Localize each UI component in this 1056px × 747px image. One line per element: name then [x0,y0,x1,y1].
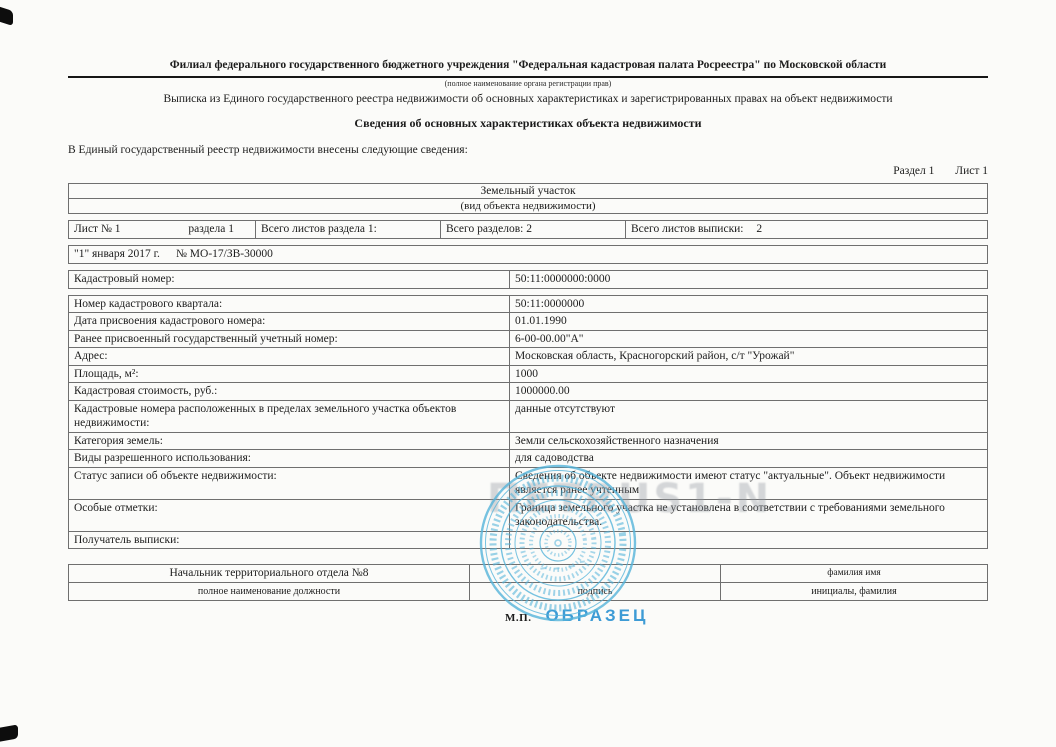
seal-place-label: М.П. [505,612,531,624]
row-label: Кадастровая стоимость, руб.: [69,383,510,401]
org-name-caption: (полное наименование органа регистрации … [68,79,988,88]
row-value [510,531,988,549]
document-subtitle: Сведения об основных характеристиках объ… [68,116,988,131]
table-row: Кадастровая стоимость, руб.: 1000000.00 [69,383,988,401]
object-type-box: Земельный участок (вид объекта недвижимо… [68,183,988,214]
document-title: Выписка из Единого государственного реес… [68,93,988,105]
total-sheets-section-cell: Всего листов раздела 1: [256,220,441,238]
table-row: Адрес: Московская область, Красногорский… [69,348,988,366]
scan-artifact-bottom-left [0,724,18,741]
row-label: Номер кадастрового квартала: [69,295,510,313]
total-sections-cell: Всего разделов: 2 [441,220,626,238]
row-value: данные отсутствуют [510,400,988,432]
name-value: фамилия имя [721,565,988,583]
cadastral-number-label: Кадастровый номер: [69,270,510,288]
sheet-info-box: Лист № 1 раздела 1 Всего листов раздела … [68,220,988,239]
row-label: Статус записи об объекте недвижимости: [69,467,510,499]
row-value: Сведения об объекте недвижимости имеют с… [510,467,988,499]
seal-line: М.П. ОБРАЗЕЦ [505,606,988,626]
table-row: Виды разрешенного использования: для сад… [69,450,988,468]
row-value: Московская область, Красногорский район,… [510,348,988,366]
sheet-no-cell: Лист № 1 раздела 1 [69,220,256,238]
row-value: Граница земельного участка не установлен… [510,499,988,531]
cadastral-number-box: Кадастровый номер: 50:11:0000000:0000 [68,270,988,289]
document-page: Филиал федерального государственного бюд… [0,0,1056,747]
signature-space [470,565,721,583]
row-label: Особые отметки: [69,499,510,531]
row-label: Дата присвоения кадастрового номера: [69,313,510,331]
row-label: Категория земель: [69,432,510,450]
row-value: 1000000.00 [510,383,988,401]
table-row: Номер кадастрового квартала: 50:11:00000… [69,295,988,313]
row-label: Кадастровые номера расположенных в преде… [69,400,510,432]
of-section: раздела 1 [188,221,234,238]
position-value: Начальник территориального отдела №8 [69,565,470,583]
signature-row-top: Начальник территориального отдела №8 фам… [69,565,988,583]
details-table: Номер кадастрового квартала: 50:11:00000… [68,295,988,550]
table-row: Площадь, м²: 1000 [69,365,988,383]
table-row: Дата присвоения кадастрового номера: 01.… [69,313,988,331]
signature-row-captions: полное наименование должности подпись ин… [69,583,988,601]
total-sheets-value: 2 [756,223,762,235]
extract-date: "1" января 2017 г. [74,246,160,263]
table-row: Ранее присвоенный государственный учетны… [69,330,988,348]
row-label: Площадь, м²: [69,365,510,383]
extract-number: № МО-17/ЗВ-30000 [176,246,273,263]
table-row: Статус записи об объекте недвижимости: С… [69,467,988,499]
sheet-no: Лист № 1 [74,221,121,238]
total-sheets-label: Всего листов выписки: [631,223,744,235]
table-row: Особые отметки: Граница земельного участ… [69,499,988,531]
row-value: Земли сельскохозяйственного назначения [510,432,988,450]
document-sheet: Филиал федерального государственного бюд… [68,58,988,626]
table-row: Категория земель: Земли сельскохозяйстве… [69,432,988,450]
section-label: Раздел 1 [893,165,934,177]
object-type-value: Земельный участок [69,183,988,198]
date-number-box: "1" января 2017 г. № МО-17/ЗВ-30000 [68,245,988,264]
org-name-heading: Филиал федерального государственного бюд… [68,58,988,78]
row-label: Виды разрешенного использования: [69,450,510,468]
signature-caption: подпись [470,583,721,601]
object-type-caption: (вид объекта недвижимости) [69,198,988,213]
name-caption: инициалы, фамилия [721,583,988,601]
row-label: Получатель выписки: [69,531,510,549]
table-row: Кадастровые номера расположенных в преде… [69,400,988,432]
cadastral-number-value: 50:11:0000000:0000 [510,270,988,288]
sample-stamp-text: ОБРАЗЕЦ [545,606,648,626]
signature-block: Начальник территориального отдела №8 фам… [68,564,988,601]
row-value: 6-00-00.00"А" [510,330,988,348]
row-value: для садоводства [510,450,988,468]
sheet-label: Лист 1 [955,165,988,177]
row-label: Адрес: [69,348,510,366]
date-number-cell: "1" января 2017 г. № МО-17/ЗВ-30000 [69,245,988,263]
row-value: 1000 [510,365,988,383]
scan-artifact-top-left [0,7,13,26]
table-row: Получатель выписки: [69,531,988,549]
row-value: 50:11:0000000 [510,295,988,313]
section-sheet-line: Раздел 1 Лист 1 [68,165,988,177]
row-value: 01.01.1990 [510,313,988,331]
row-label: Ранее присвоенный государственный учетны… [69,330,510,348]
position-caption: полное наименование должности [69,583,470,601]
total-sheets-cell: Всего листов выписки: 2 [626,220,988,238]
intro-text: В Единый государственный реестр недвижим… [68,144,988,156]
